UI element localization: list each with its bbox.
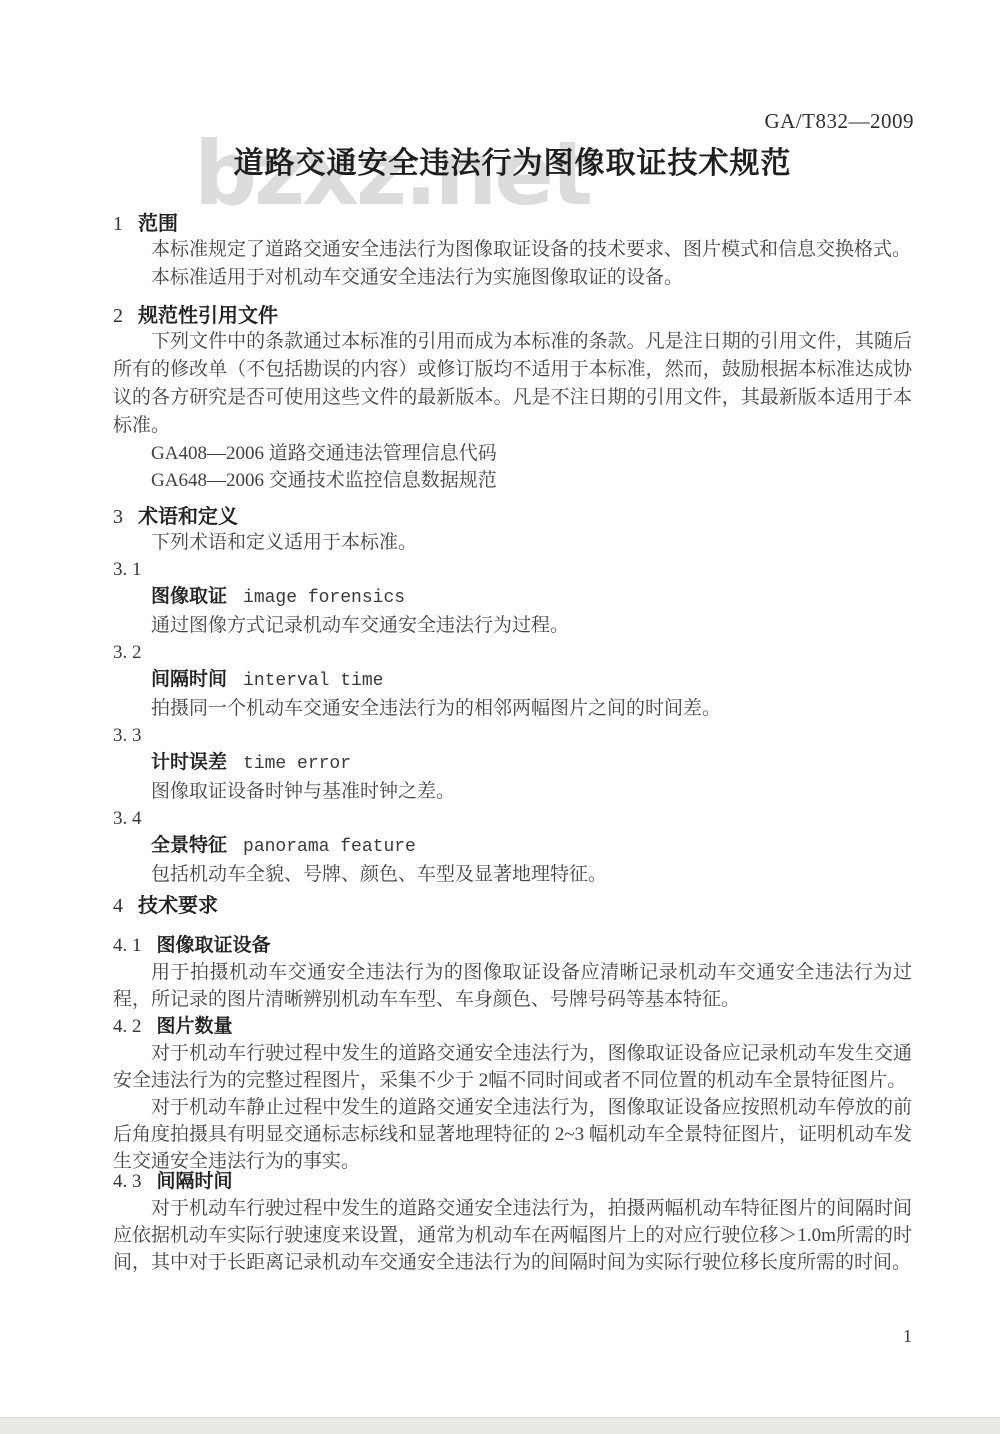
- section-4-2-paragraph: 对于机动车静止过程中发生的道路交通安全违法行为，图像取证设备应按照机动车停放的前…: [113, 1094, 912, 1175]
- section-4-2-number: 4. 2: [113, 1016, 142, 1037]
- document-title: 道路交通安全违法行为图像取证技术规范: [113, 146, 912, 182]
- standard-code: GA/T832—2009: [765, 109, 915, 134]
- term-number: 3. 3: [113, 722, 912, 749]
- section-3-title: 术语和定义: [138, 506, 238, 528]
- term-chinese: 计时误差: [151, 752, 227, 773]
- section-4-1-paragraph: 用于拍摄机动车交通安全违法行为的图像取证设备应清晰记录机动车交通安全违法行为过程…: [113, 959, 912, 1013]
- section-4-1-title: 图像取证设备: [157, 935, 271, 956]
- term-number: 3. 1: [113, 556, 912, 583]
- term-line: 全景特征panorama feature: [113, 832, 912, 861]
- term-chinese: 全景特征: [151, 835, 227, 856]
- section-4-title: 技术要求: [138, 895, 218, 917]
- term-english: panorama feature: [243, 837, 416, 857]
- section-4-1-heading: 4. 1图像取证设备: [113, 933, 912, 959]
- term-line: 图像取证image forensics: [113, 583, 912, 612]
- section-4-3-paragraph: 对于机动车行驶过程中发生的道路交通安全违法行为，拍摄两幅机动车特征图片的间隔时间…: [113, 1195, 912, 1276]
- term-entry-3-3: 3. 3 计时误差time error 图像取证设备时钟与基准时钟之差。: [113, 722, 912, 805]
- term-line: 间隔时间interval time: [113, 666, 912, 695]
- term-definition: 图像取证设备时钟与基准时钟之差。: [113, 778, 912, 805]
- term-number: 3. 2: [113, 639, 912, 666]
- bottom-strip: [0, 1417, 1000, 1434]
- term-entry-3-4: 3. 4 全景特征panorama feature 包括机动车全貌、号牌、颜色、…: [113, 805, 912, 888]
- section-1-title: 范围: [138, 213, 178, 235]
- section-1-paragraph: 本标准规定了道路交通安全违法行为图像取证设备的技术要求、图片模式和信息交换格式。: [113, 236, 912, 264]
- term-definition: 包括机动车全貌、号牌、颜色、车型及显著地理特征。: [113, 861, 912, 888]
- section-1-number: 1: [113, 213, 123, 235]
- section-4-2-title: 图片数量: [157, 1016, 233, 1037]
- term-english: time error: [243, 754, 351, 774]
- section-2-paragraph: 下列文件中的条款通过本标准的引用而成为本标准的条款。凡是注日期的引用文件，其随后…: [113, 328, 912, 440]
- section-4-heading: 4技术要求: [113, 894, 912, 918]
- term-english: interval time: [243, 671, 383, 691]
- section-1-heading: 1范围: [113, 212, 912, 236]
- document-page: GA/T832—2009 bzxz.net 道路交通安全违法行为图像取证技术规范…: [0, 0, 1000, 1434]
- section-2-title: 规范性引用文件: [138, 305, 278, 327]
- term-definition: 通过图像方式记录机动车交通安全违法行为过程。: [113, 612, 912, 639]
- section-4-3-title: 间隔时间: [157, 1171, 233, 1192]
- section-2-heading: 2规范性引用文件: [113, 304, 912, 328]
- term-entry-3-2: 3. 2 间隔时间interval time 拍摄同一个机动车交通安全违法行为的…: [113, 639, 912, 722]
- section-4-3-number: 4. 3: [113, 1171, 142, 1192]
- section-3-heading: 3术语和定义: [113, 505, 912, 529]
- section-3-intro: 下列术语和定义适用于本标准。: [113, 529, 912, 556]
- term-chinese: 间隔时间: [151, 669, 227, 690]
- section-4-2-paragraph: 对于机动车行驶过程中发生的道路交通安全违法行为，图像取证设备应记录机动车发生交通…: [113, 1040, 912, 1094]
- normative-reference: GA408—2006 道路交通违法管理信息代码: [113, 440, 912, 467]
- normative-reference: GA648—2006 交通技术监控信息数据规范: [113, 467, 912, 494]
- term-number: 3. 4: [113, 805, 912, 832]
- section-4-1-number: 4. 1: [113, 935, 142, 956]
- section-1-paragraph: 本标准适用于对机动车交通安全违法行为实施图像取证的设备。: [113, 264, 912, 292]
- term-english: image forensics: [243, 588, 405, 608]
- document-content: 道路交通安全违法行为图像取证技术规范 1范围 本标准规定了道路交通安全违法行为图…: [113, 146, 912, 1276]
- term-line: 计时误差time error: [113, 749, 912, 778]
- term-chinese: 图像取证: [151, 586, 227, 607]
- page-number: 1: [903, 1326, 912, 1347]
- section-4-2-heading: 4. 2图片数量: [113, 1014, 912, 1040]
- section-2-number: 2: [113, 305, 123, 327]
- term-definition: 拍摄同一个机动车交通安全违法行为的相邻两幅图片之间的时间差。: [113, 695, 912, 722]
- section-3-number: 3: [113, 506, 123, 528]
- section-4-3-heading: 4. 3间隔时间: [113, 1169, 912, 1195]
- term-entry-3-1: 3. 1 图像取证image forensics 通过图像方式记录机动车交通安全…: [113, 556, 912, 639]
- section-4-number: 4: [113, 895, 123, 917]
